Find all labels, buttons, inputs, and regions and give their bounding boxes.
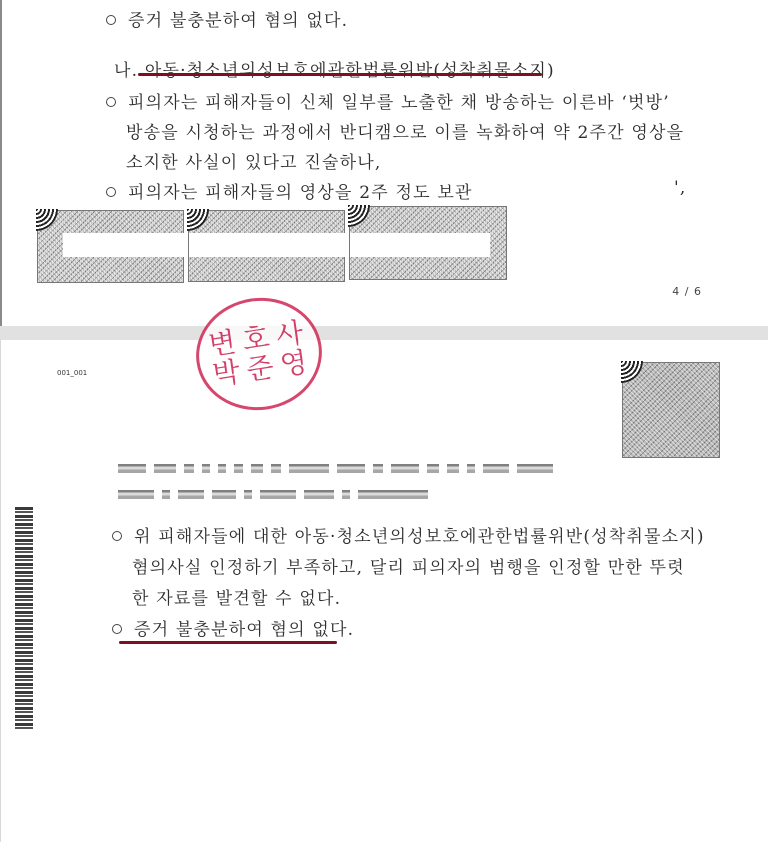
text-fragment: ', [674, 178, 686, 198]
pattern-corner-icon [348, 205, 370, 227]
page-number: 4 / 6 [672, 285, 702, 298]
redaction-pattern [349, 206, 507, 280]
pattern-corner-icon [36, 209, 58, 231]
section-heading: 나. 아동·청소년의성보호에관한법률위반(성착취물소지) [114, 56, 555, 81]
document-code: 001_001 [57, 369, 87, 377]
text-line: 위 피해자들에 대한 아동·청소년의성보호에관한법률위반(성착취물소지) [112, 522, 705, 547]
bullet-icon [112, 531, 122, 541]
text-line: 한 자료를 발견할 수 없다. [132, 584, 341, 609]
highlight-underline [119, 641, 337, 644]
highlight-underline [138, 73, 542, 76]
barcode [15, 507, 33, 729]
bullet-icon [106, 97, 116, 107]
text-line: 피의자는 피해자들의 영상을 2주 정도 보관 [106, 178, 473, 203]
text-line: 방송을 시청하는 과정에서 반디캠으로 이를 녹화하여 약 2주간 영상을 [126, 118, 684, 143]
text-line: 소지한 사실이 있다고 진술하나, [126, 148, 382, 173]
redaction-pattern-square [622, 362, 720, 458]
bullet-icon [106, 187, 116, 197]
bullet-icon [112, 624, 122, 634]
pattern-corner-icon [187, 209, 209, 231]
pattern-corner-icon [621, 361, 643, 383]
redaction-pattern [188, 210, 345, 282]
bullet-icon [106, 15, 116, 25]
text-line: 증거 불충분하여 혐의 없다. [112, 615, 354, 640]
text-line: 피의자는 피해자들이 신체 일부를 노출한 채 방송하는 이른바 ‘벗방’ [106, 88, 670, 113]
redacted-text-line [118, 488, 428, 500]
document-page-4: 증거 불충분하여 혐의 없다. 나. 아동·청소년의성보호에관한법률위반(성착취… [0, 0, 768, 326]
text-line: 증거 불충분하여 혐의 없다. [106, 6, 348, 31]
redaction-pattern [37, 210, 184, 283]
redacted-text-line [118, 462, 553, 474]
text-line: 혐의사실 인정하기 부족하고, 달리 피의자의 범행을 인정할 만한 뚜렷 [132, 553, 685, 578]
page-separator [0, 326, 768, 340]
